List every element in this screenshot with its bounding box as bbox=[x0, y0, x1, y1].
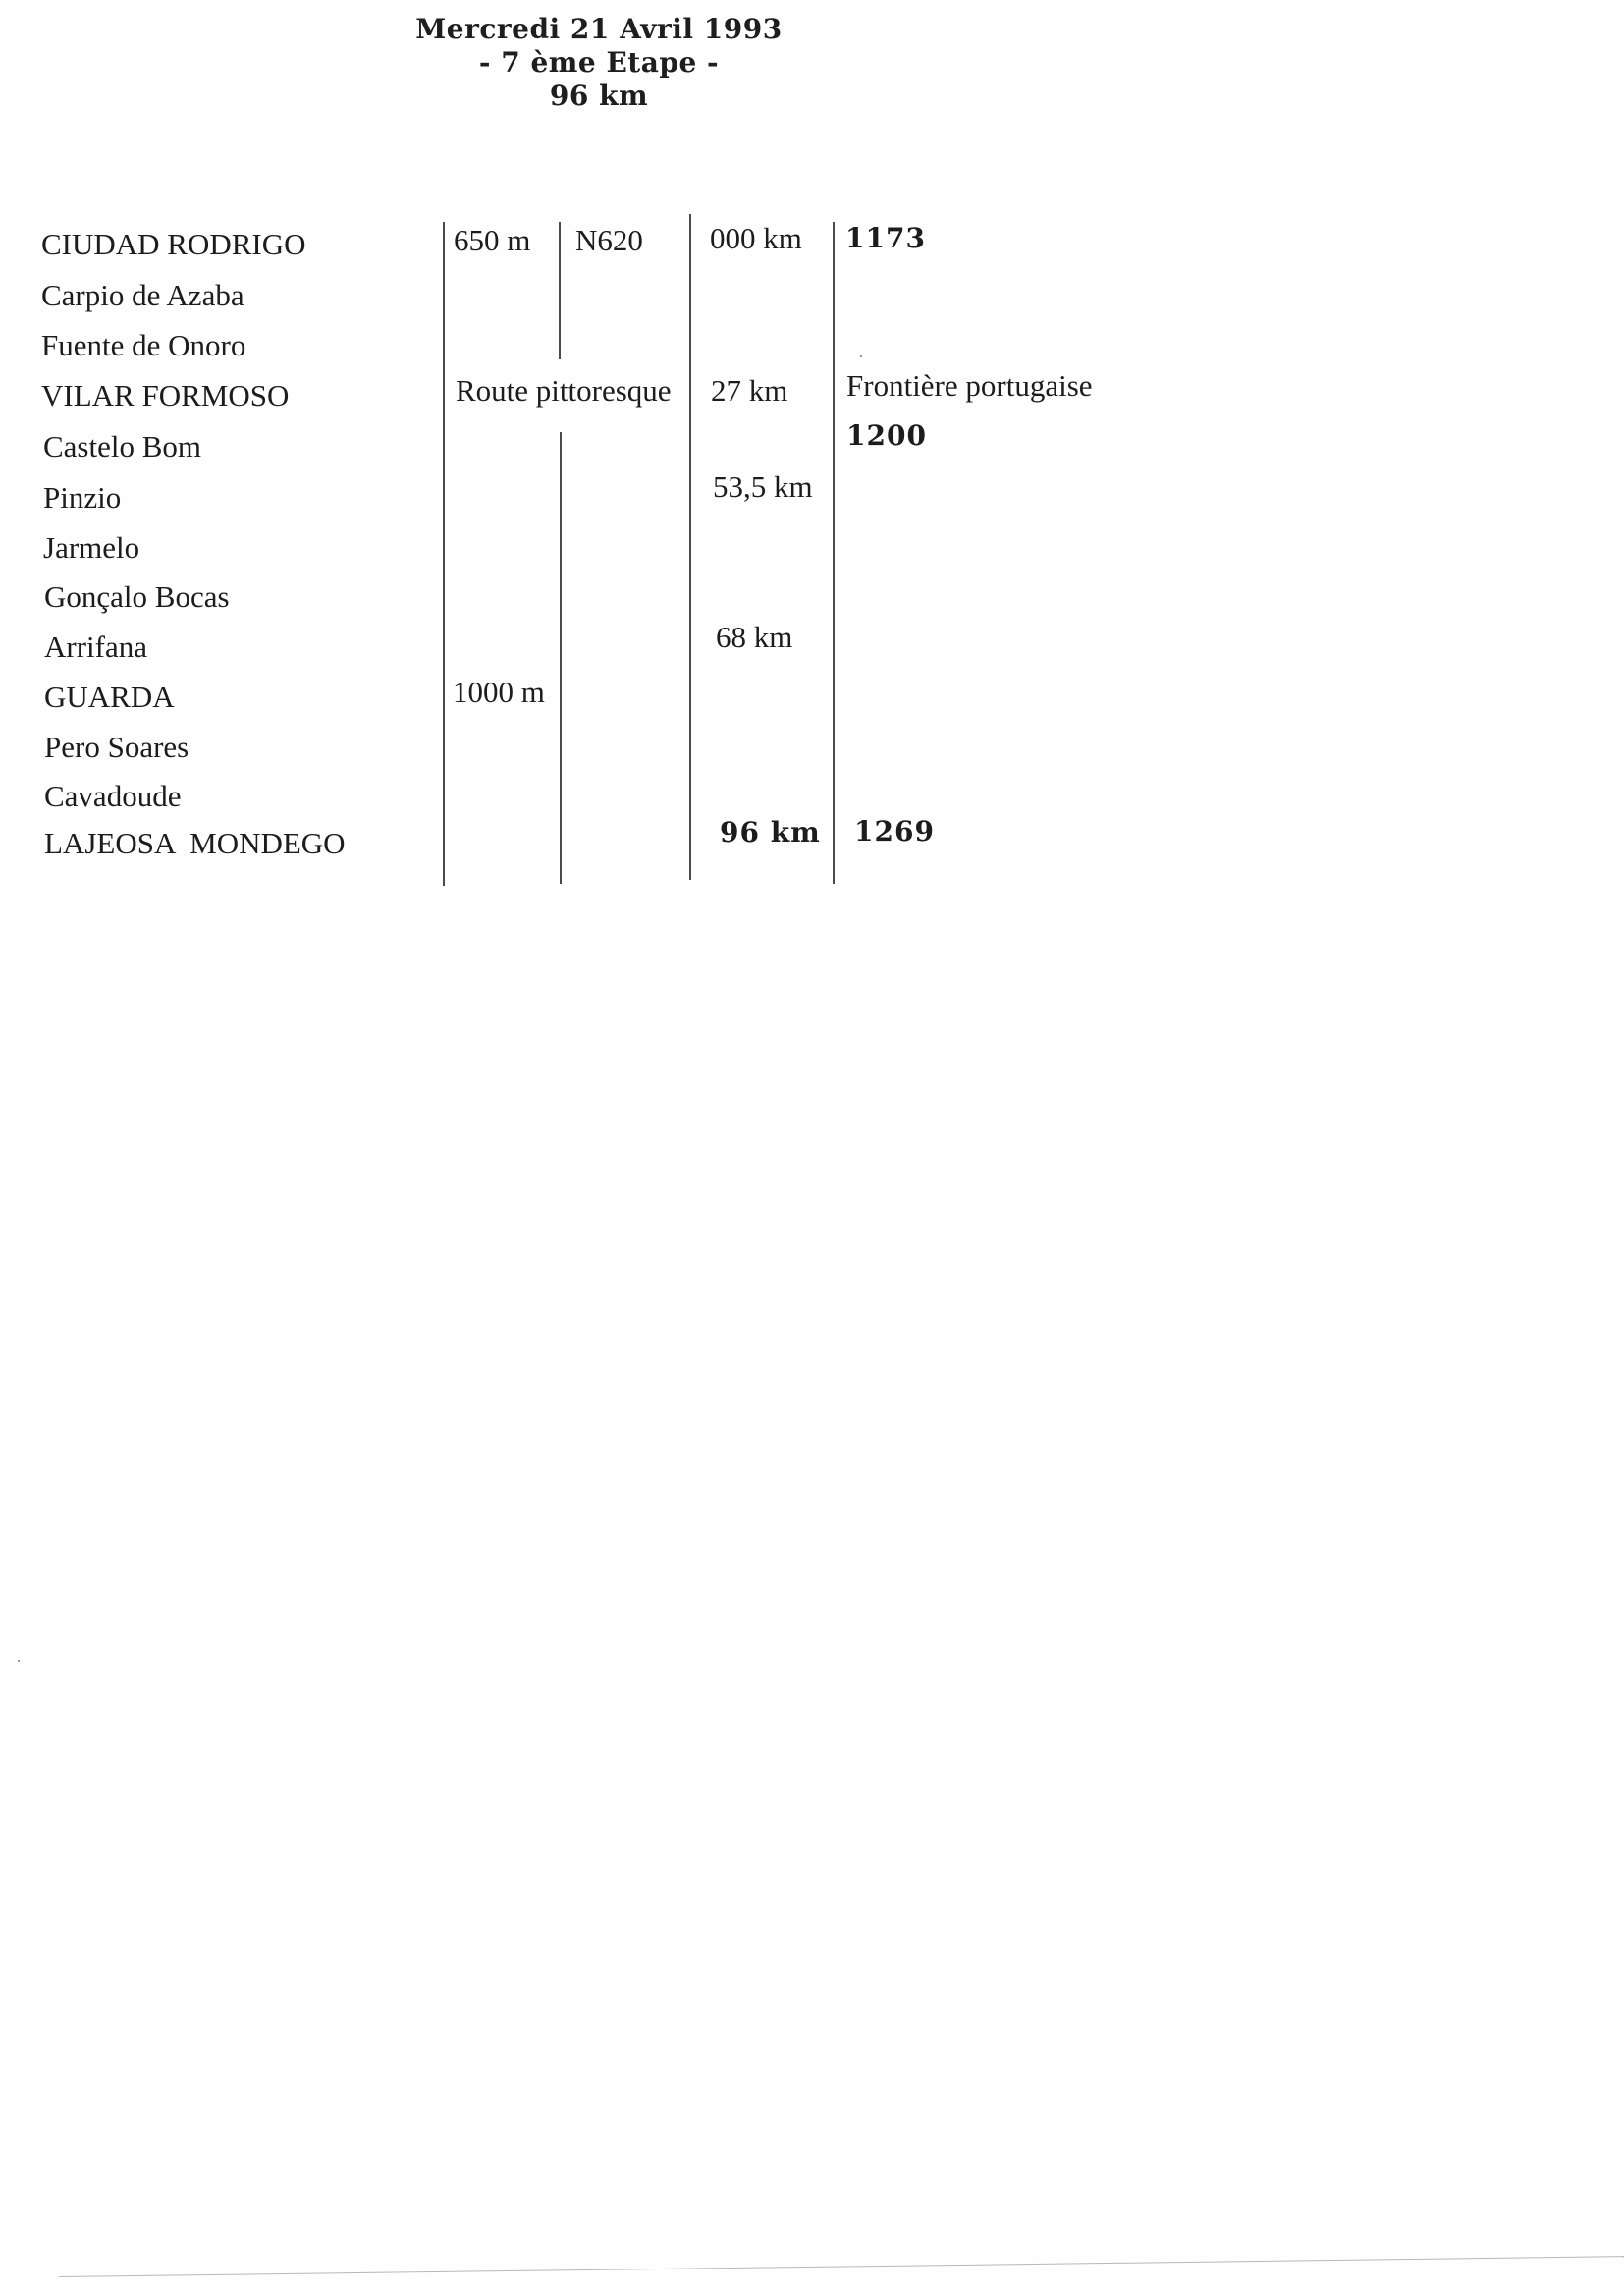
town-goncalo-bocas: Gonçalo Bocas bbox=[44, 580, 230, 614]
border-note: Frontière portugaise bbox=[846, 369, 1093, 403]
altitude-ciudad-rodrigo: 650 m bbox=[454, 224, 530, 257]
town-carpio-de-azaba: Carpio de Azaba bbox=[41, 279, 244, 312]
stage-number: - 7 ème Etape - bbox=[412, 45, 785, 81]
town-fuente-de-onoro: Fuente de Onoro bbox=[41, 329, 245, 362]
town-castelo-bom: Castelo Bom bbox=[43, 430, 201, 464]
distance-vilar-formoso: 27 km bbox=[711, 374, 787, 408]
distance-pinzio: 53,5 km bbox=[713, 470, 813, 504]
cumulative-finish: 1269 bbox=[854, 815, 935, 848]
town-guarda: GUARDA bbox=[44, 681, 175, 714]
cumulative-border: 1200 bbox=[846, 419, 927, 453]
scan-speck bbox=[18, 1660, 20, 1662]
stage-date: Mercredi 21 Avril 1993 bbox=[412, 12, 785, 47]
stage-distance: 96 km bbox=[412, 79, 785, 114]
town-cavadoude: Cavadoude bbox=[44, 780, 181, 813]
distance-arrifana: 68 km bbox=[716, 621, 792, 654]
town-pero-soares: Pero Soares bbox=[44, 731, 189, 764]
town-pinzio: Pinzio bbox=[43, 481, 121, 515]
column-divider-3 bbox=[689, 214, 691, 880]
scan-speck bbox=[860, 355, 862, 357]
road-number: N620 bbox=[575, 224, 643, 257]
road-note: Route pittoresque bbox=[456, 374, 672, 408]
column-divider-4 bbox=[833, 222, 835, 884]
town-vilar-formoso: VILAR FORMOSO bbox=[41, 379, 289, 412]
distance-start: 000 km bbox=[710, 222, 802, 255]
town-ciudad-rodrigo: CIUDAD RODRIGO bbox=[41, 228, 306, 261]
column-divider-2-upper bbox=[559, 222, 561, 359]
distance-finish: 96 km bbox=[720, 816, 821, 849]
stage-header: Mercredi 21 Avril 1993 - 7 ème Etape - 9… bbox=[412, 12, 785, 114]
cumulative-start: 1173 bbox=[845, 222, 926, 255]
town-lajeosa-mondego: LAJEOSA MONDEGO bbox=[44, 827, 346, 860]
altitude-guarda: 1000 m bbox=[453, 676, 545, 709]
document-page: Mercredi 21 Avril 1993 - 7 ème Etape - 9… bbox=[0, 0, 1624, 2296]
scan-edge-line bbox=[59, 2256, 1624, 2277]
town-jarmelo: Jarmelo bbox=[43, 531, 139, 565]
column-divider-1 bbox=[443, 222, 445, 886]
town-arrifana: Arrifana bbox=[44, 630, 147, 664]
column-divider-2-lower bbox=[560, 432, 562, 884]
